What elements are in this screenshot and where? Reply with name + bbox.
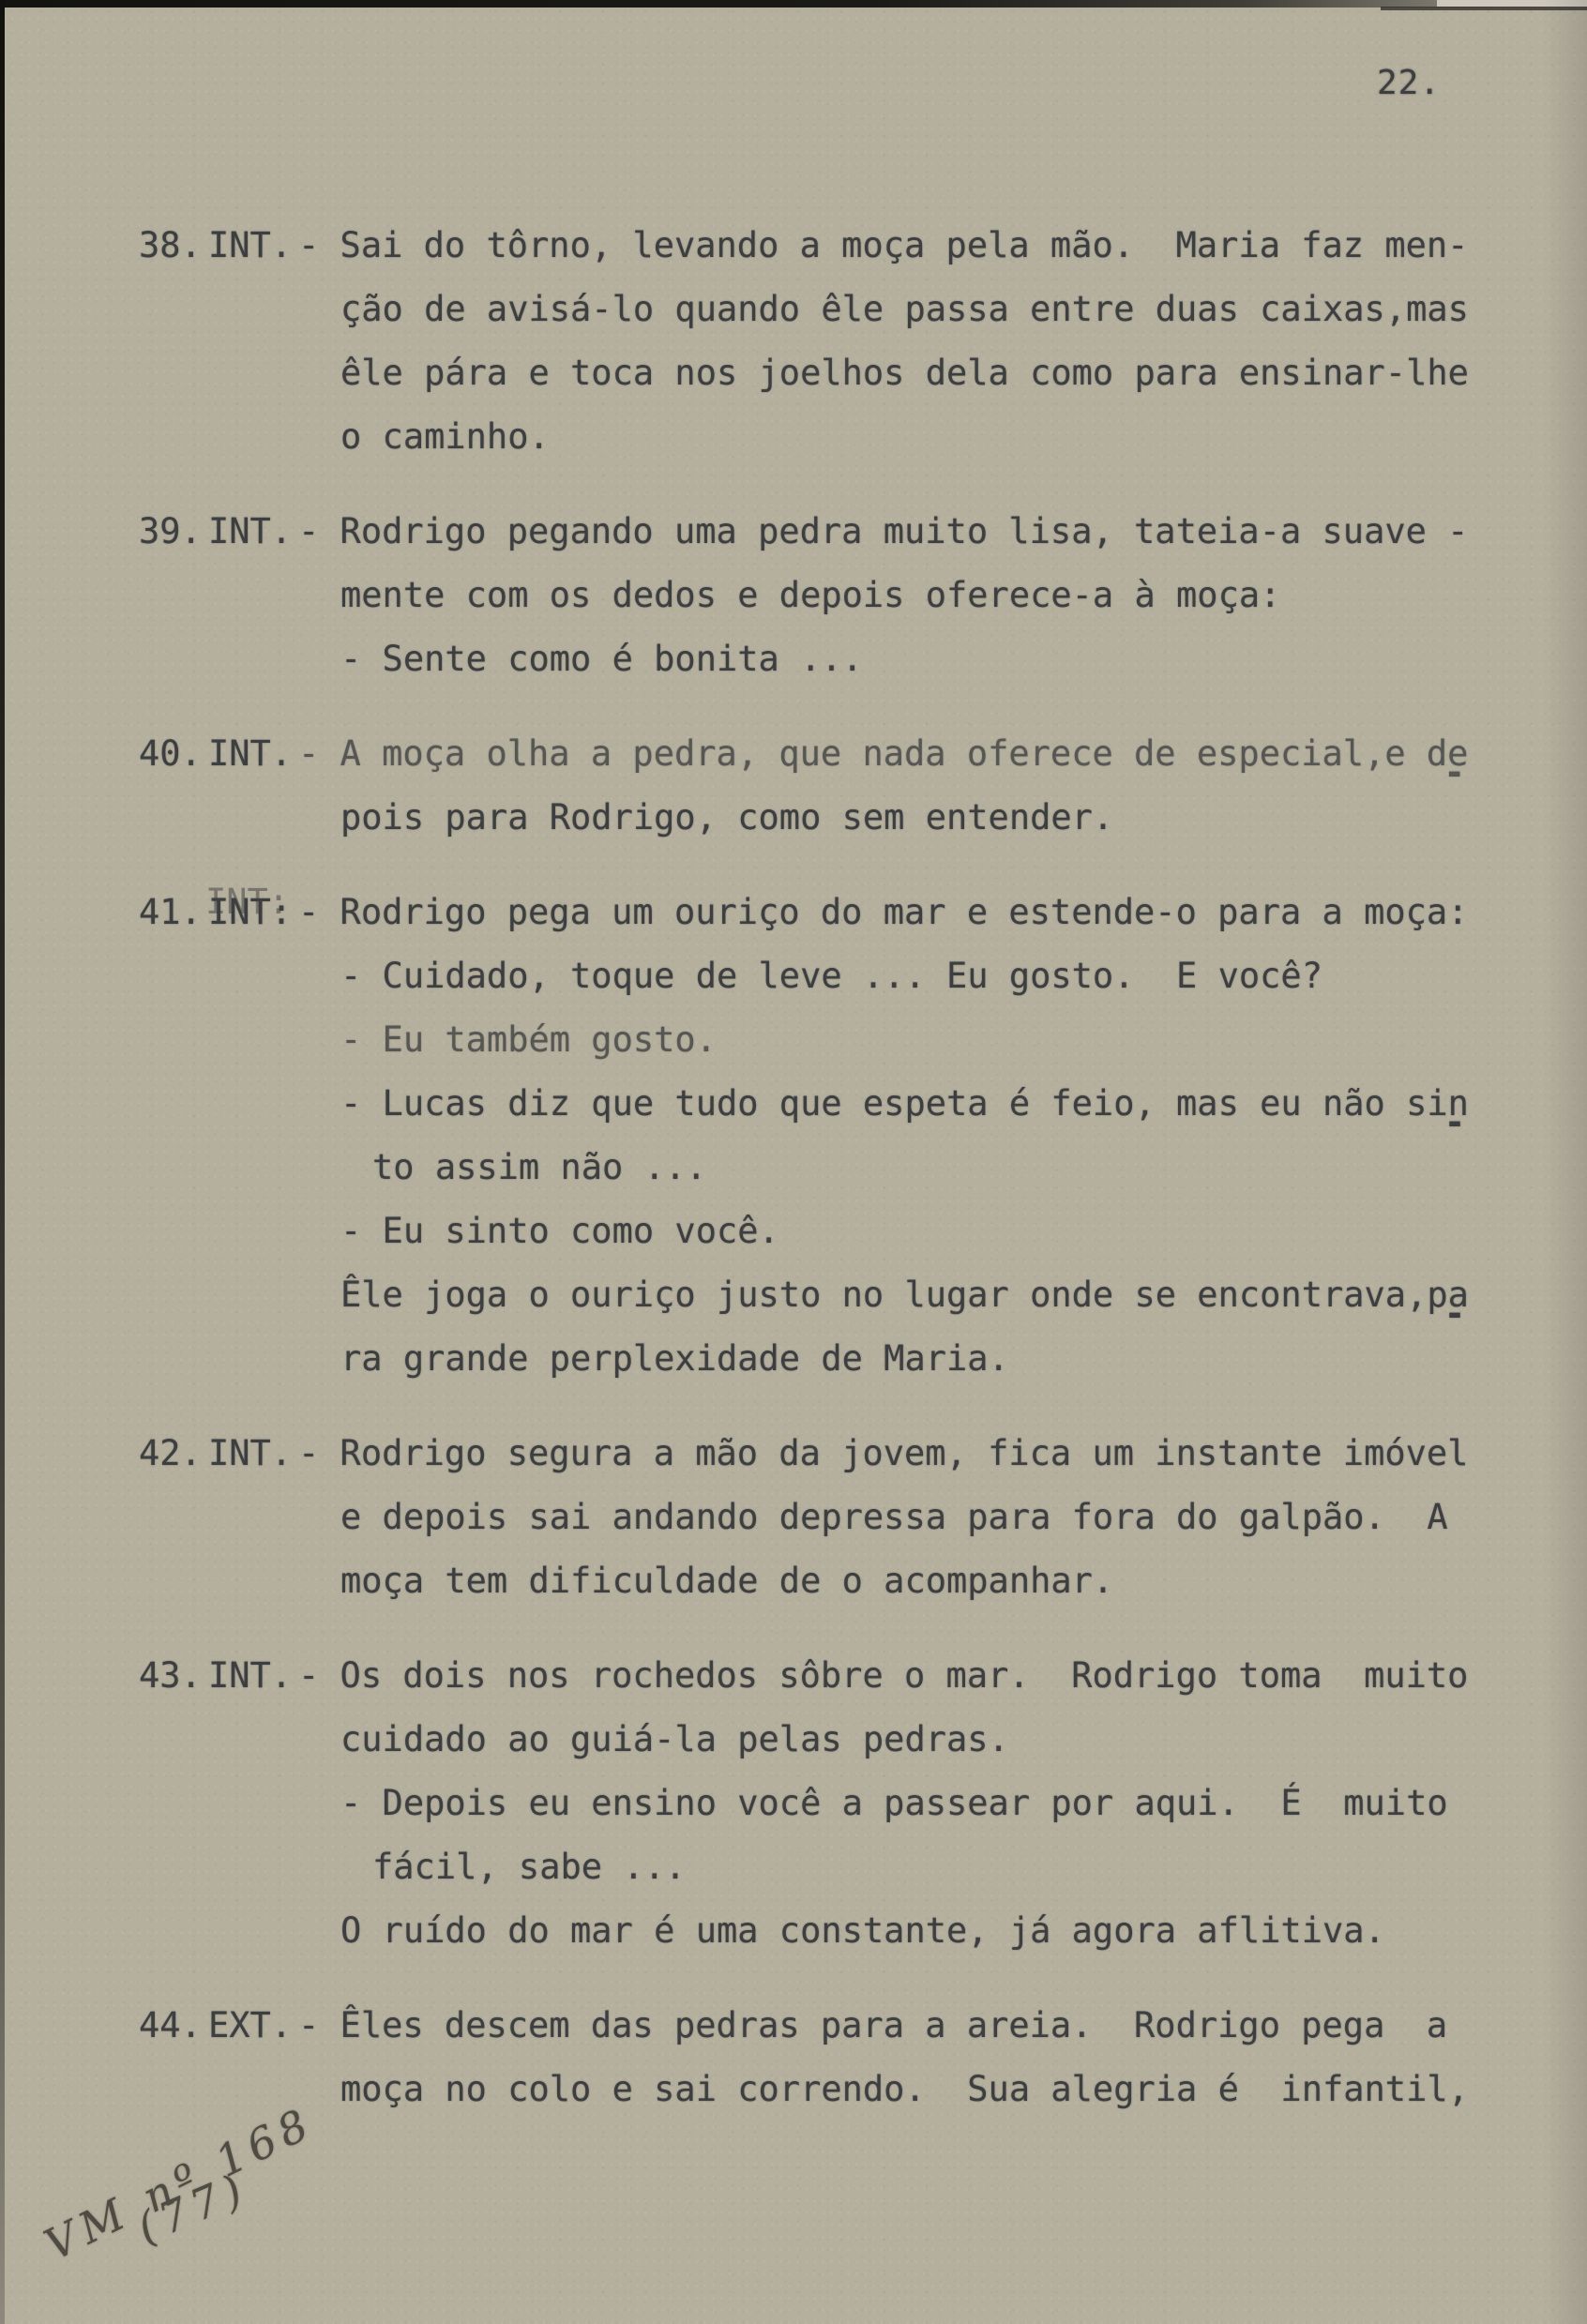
continuation-mark: - <box>1444 1102 1465 1142</box>
scene-row: 44.EXT.- Êles descem das pedras para a a… <box>139 1994 1587 2121</box>
scene-line: moça tem dificuldade de o acompanhar. <box>298 1549 1587 1613</box>
scene-line: O ruído do mar é uma constante, já agora… <box>298 1899 1587 1963</box>
scene-text: - Rodrigo pegando uma pedra muito lisa, … <box>298 500 1587 691</box>
scene-row: 40.INT.- A moça olha a pedra, que nada o… <box>139 722 1587 850</box>
scenes: 38.INT.- Sai do tôrno, levando a moça pe… <box>0 214 1587 2152</box>
scene-number: 39. <box>139 500 208 691</box>
scene-line: pois para Rodrigo, como sem entender. <box>298 786 1587 850</box>
scene-number: 38. <box>139 214 208 469</box>
scene-text: - Êles descem das pedras para a areia. R… <box>298 1994 1587 2121</box>
scene-row: 43.INT.- Os dois nos rochedos sôbre o ma… <box>139 1644 1587 1963</box>
scene-row: 42.INT.- Rodrigo segura a mão da jovem, … <box>139 1422 1587 1613</box>
scene-number: 44. <box>139 1994 208 2121</box>
scene-line: fácil, sabe ... <box>298 1835 1587 1899</box>
scene-text: - Rodrigo segura a mão da jovem, fica um… <box>298 1422 1587 1613</box>
scene-line: - Cuidado, toque de leve ... Eu gosto. E… <box>298 944 1587 1008</box>
scene-heading: INT: <box>208 881 298 1391</box>
continuation-mark: - <box>1443 752 1464 792</box>
scene-number: 40. <box>139 722 208 850</box>
scene-line: - Êles descem das pedras para a areia. R… <box>298 1994 1587 2058</box>
scene-line: - Eu sinto como você. <box>298 1200 1587 1263</box>
scene-text: - Sai do tôrno, levando a moça pela mão.… <box>298 214 1587 469</box>
scene-line: - Depois eu ensino você a passear por aq… <box>298 1772 1587 1835</box>
scene-number: 41. <box>139 881 208 1391</box>
scene-line: - Os dois nos rochedos sôbre o mar. Rodr… <box>298 1644 1587 1708</box>
scene-heading: INT. <box>208 722 298 850</box>
scene-number: 43. <box>139 1644 208 1963</box>
scene-line: - Lucas diz que tudo que espeta é feio, … <box>298 1072 1587 1136</box>
scene-line: - Rodrigo pega um ouriço do mar e estend… <box>298 881 1587 944</box>
scene-heading: INT. <box>208 214 298 469</box>
scene-line: - Eu também gosto. <box>298 1008 1587 1072</box>
scene-text: - A moça olha a pedra, que nada oferece … <box>298 722 1587 850</box>
page-number: 22. <box>1377 64 1441 102</box>
scene-text: - Os dois nos rochedos sôbre o mar. Rodr… <box>298 1644 1587 1963</box>
scene-line: e depois sai andando depressa para fora … <box>298 1486 1587 1549</box>
scene-row: 39.INT.- Rodrigo pegando uma pedra muito… <box>139 500 1587 691</box>
continuation-mark: - <box>1444 1293 1465 1334</box>
scene-line: cuidado ao guiá-la pelas pedras. <box>298 1708 1587 1772</box>
scene-line: - Sai do tôrno, levando a moça pela mão.… <box>298 214 1587 278</box>
scene-line: êle pára e toca nos joelhos dela como pa… <box>298 341 1587 405</box>
scene-line: o caminho. <box>298 405 1587 469</box>
scene-line: - A moça olha a pedra, que nada oferece … <box>298 722 1587 786</box>
scene-row: 41.INT:- Rodrigo pega um ouriço do mar e… <box>139 881 1587 1391</box>
scene-line: to assim não ... <box>298 1136 1587 1200</box>
scene-heading: EXT. <box>208 1994 298 2121</box>
scene-number: 42. <box>139 1422 208 1613</box>
scene-heading: INT. <box>208 1422 298 1613</box>
scene-line: ra grande perplexidade de Maria. <box>298 1327 1587 1391</box>
page-edge-top <box>0 0 1587 8</box>
scene-heading: INT. <box>208 1644 298 1963</box>
scene-text: - Rodrigo pega um ouriço do mar e estend… <box>298 881 1587 1391</box>
scene-line: mente com os dedos e depois oferece-a à … <box>298 564 1587 627</box>
scene-heading: INT. <box>208 500 298 691</box>
scene-line: - Sente como é bonita ... <box>298 627 1587 691</box>
scene-row: 38.INT.- Sai do tôrno, levando a moça pe… <box>139 214 1587 469</box>
scene-line: - Rodrigo pegando uma pedra muito lisa, … <box>298 500 1587 564</box>
scene-line: moça no colo e sai correndo. Sua alegria… <box>298 2058 1587 2121</box>
scene-line: - Rodrigo segura a mão da jovem, fica um… <box>298 1422 1587 1486</box>
scene-line: Êle joga o ouriço justo no lugar onde se… <box>298 1263 1587 1327</box>
scene-line: ção de avisá-lo quando êle passa entre d… <box>298 278 1587 341</box>
